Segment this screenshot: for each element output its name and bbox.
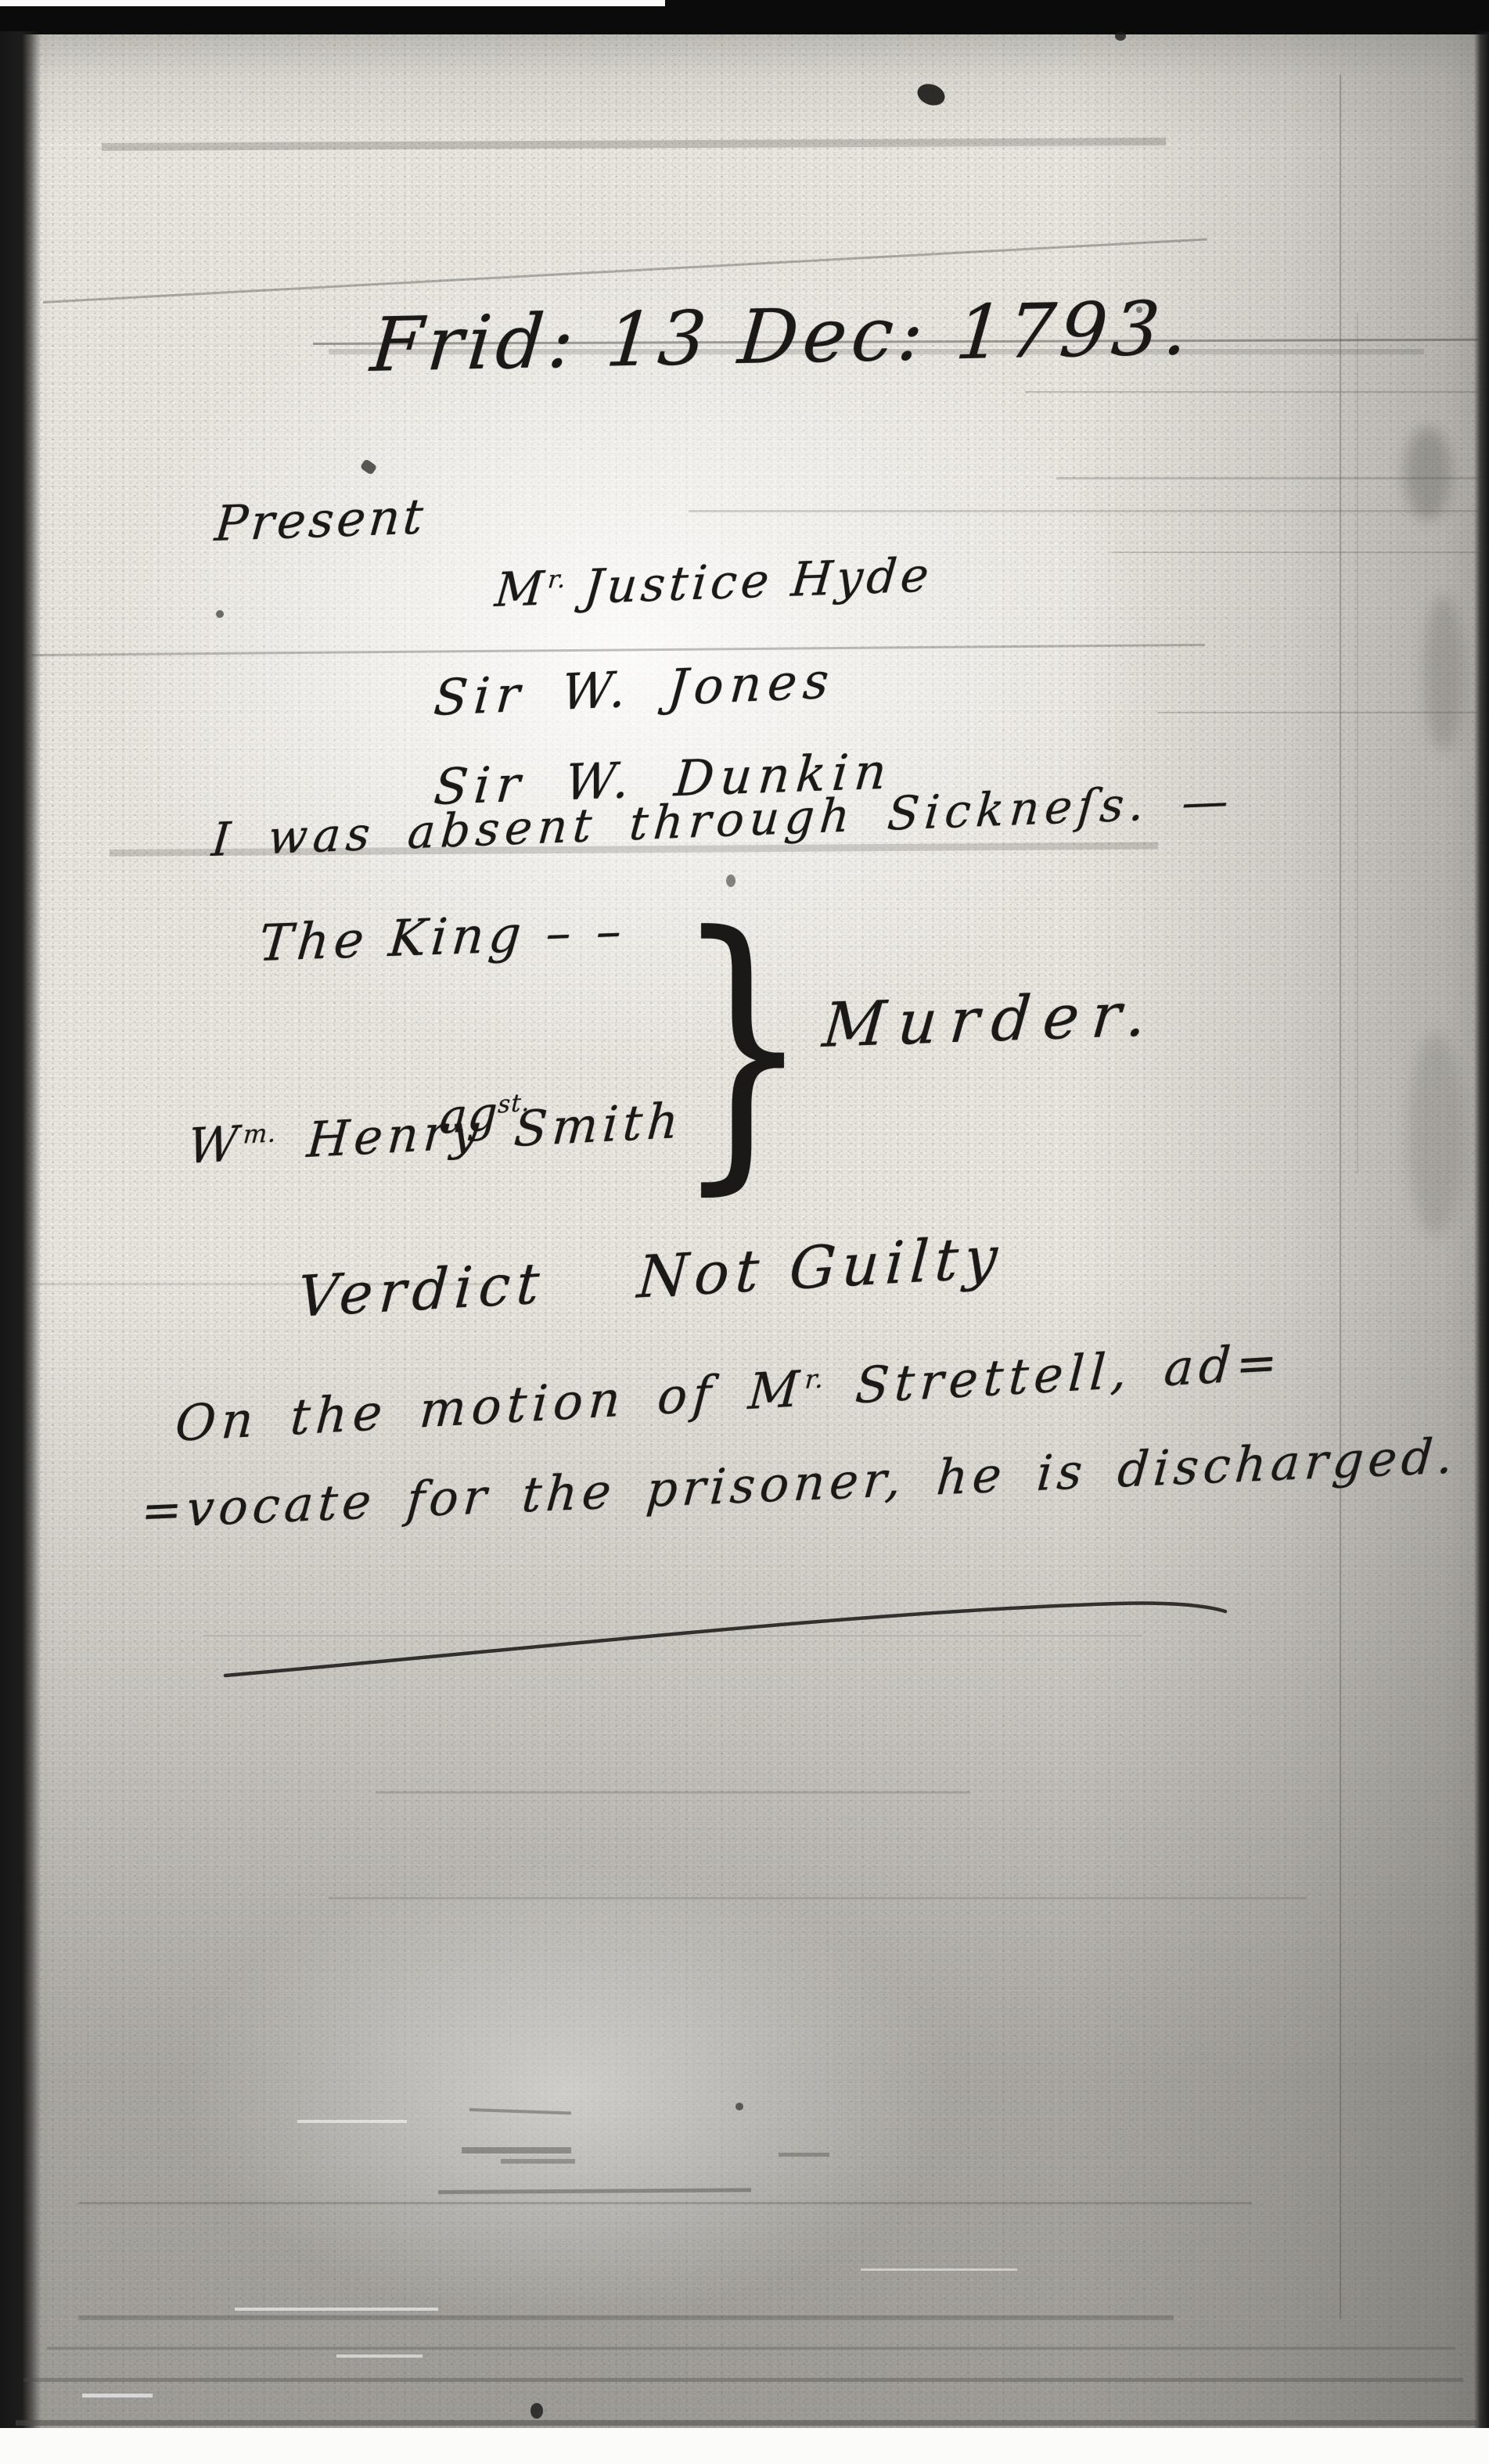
- case-plaintiff: The King – –: [257, 903, 628, 972]
- verdict-gap: [544, 1298, 636, 1303]
- judge-hyde-base: M: [493, 561, 550, 618]
- case-defendant-sup: m.: [243, 1118, 278, 1149]
- case-defendant-base: W: [186, 1115, 245, 1175]
- paper-surface: [0, 31, 1489, 2428]
- verdict-label: Verdict: [296, 1250, 548, 1330]
- scanned-manuscript-page: { "colors": { "paper": "#e8e5df", "ink":…: [0, 0, 1489, 2464]
- right-border: [1474, 31, 1489, 2428]
- separator-flourish: [218, 1588, 1235, 1686]
- top-border: [0, 6, 1489, 34]
- order-line-1-sup: r.: [804, 1363, 825, 1395]
- left-border: [0, 31, 41, 2428]
- case-brace: }: [674, 898, 811, 1195]
- judge-hyde-sup: r.: [547, 566, 568, 594]
- present-label: Present: [213, 490, 428, 551]
- case-charge: Murder.: [820, 982, 1161, 1061]
- date-heading: Frid: 13 Dec: 1793.: [368, 288, 1196, 387]
